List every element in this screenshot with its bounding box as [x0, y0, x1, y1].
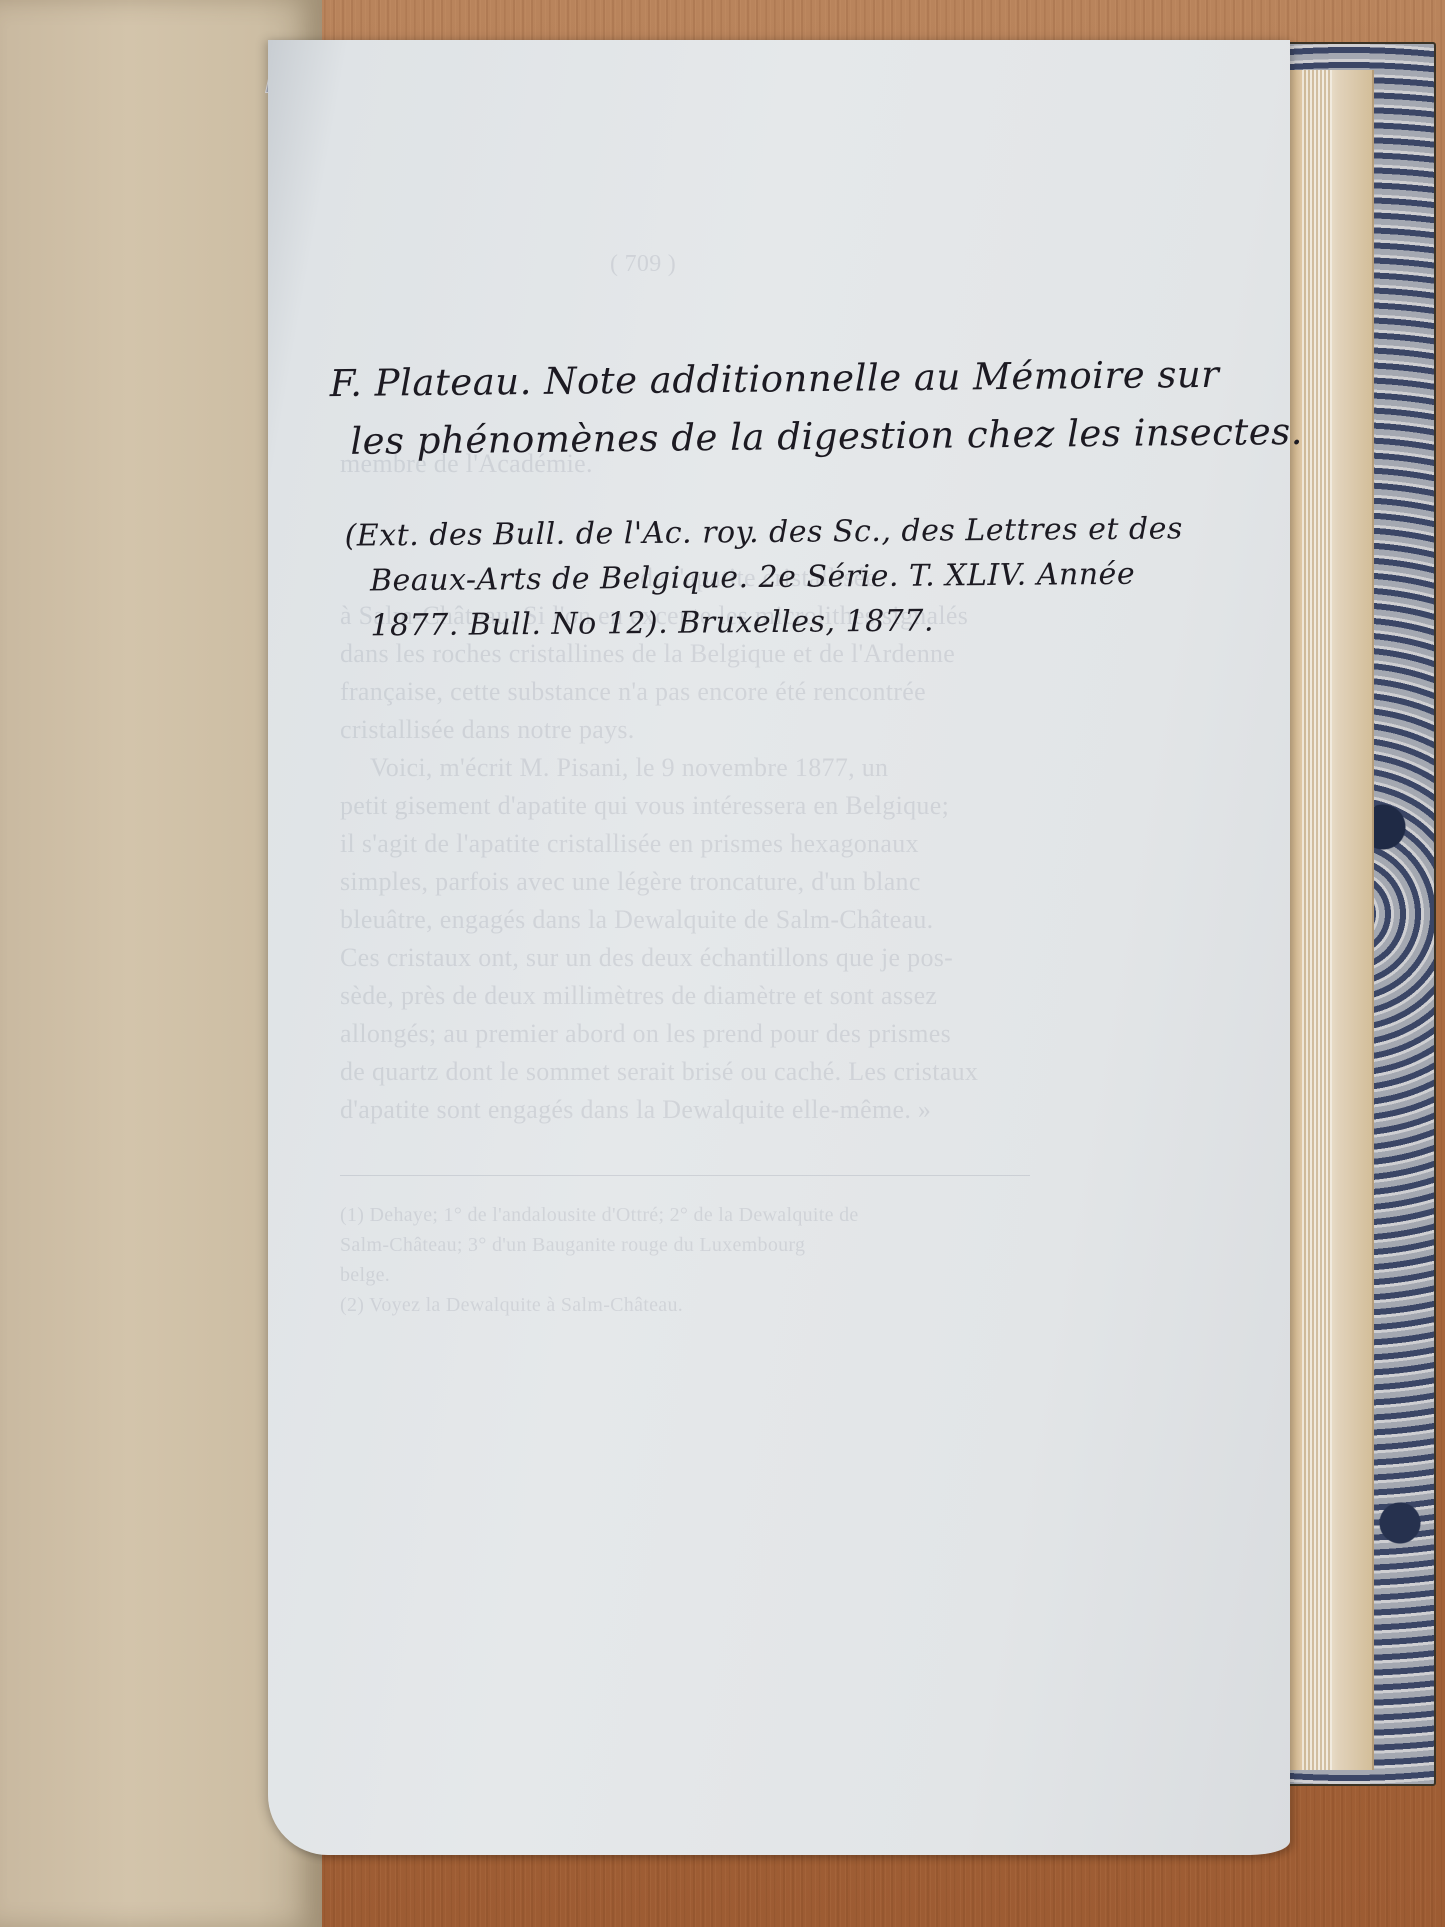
footnote-rule — [340, 1175, 1030, 1176]
bleed-line: petit gisement d'apatite qui vous intére… — [340, 787, 978, 825]
bleed-line: sède, près de deux millimètres de diamèt… — [340, 977, 978, 1015]
bleed-line: bleuâtre, engagés dans la Dewalquite de … — [340, 901, 978, 939]
handwritten-reference: (Ext. des Bull. de l'Ac. roy. des Sc., d… — [344, 506, 1183, 648]
handwritten-ref-line: Beaux-Arts de Belgique. 2e Série. T. XLI… — [345, 551, 1184, 603]
bleed-line: simples, parfois avec une légère troncat… — [340, 863, 978, 901]
footnote-line: (1) Dehaye; 1° de l'andalousite d'Ottré;… — [340, 1200, 859, 1230]
bleed-line: allongés; au premier abord on les prend … — [340, 1015, 978, 1053]
handwritten-title: F. Plateau. Note additionnelle au Mémoir… — [329, 345, 1303, 471]
handwritten-ref-line: 1877. Bull. No 12). Bruxelles, 1877. — [345, 596, 1184, 648]
bleed-line: cristallisée dans notre pays. — [340, 711, 978, 749]
footnote-line: (2) Voyez la Dewalquite à Salm-Château. — [340, 1290, 859, 1320]
handwritten-ref-line: (Ext. des Bull. de l'Ac. roy. des Sc., d… — [344, 506, 1183, 558]
handwritten-title-line: F. Plateau. Note additionnelle au Mémoir… — [329, 345, 1302, 413]
bleed-line: de quartz dont le sommet serait brisé ou… — [340, 1053, 978, 1091]
bleed-through-footnotes: (1) Dehaye; 1° de l'andalousite d'Ottré;… — [340, 1200, 859, 1320]
bleed-through-page-number: ( 709 ) — [610, 245, 676, 283]
bleed-line: Ces cristaux ont, sur un des deux échant… — [340, 939, 978, 977]
bleed-line: il s'agit de l'apatite cristallisée en p… — [340, 825, 978, 863]
footnote-line: belge. — [340, 1260, 859, 1290]
handwritten-title-line: les phénomènes de la digestion chez les … — [330, 403, 1303, 471]
footnote-line: Salm-Château; 3° d'un Bauganite rouge du… — [340, 1230, 859, 1260]
bleed-line: d'apatite sont engagés dans la Dewalquit… — [340, 1091, 978, 1129]
bleed-line: française, cette substance n'a pas encor… — [340, 673, 978, 711]
bleed-line: Voici, m'écrit M. Pisani, le 9 novembre … — [340, 749, 978, 787]
